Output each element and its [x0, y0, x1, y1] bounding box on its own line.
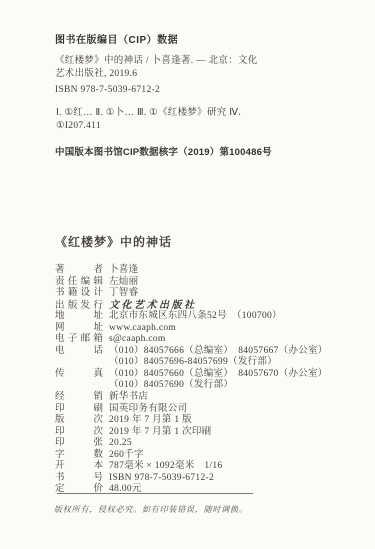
colophon-row: 字数 260千字: [55, 446, 355, 458]
cip-classification-line2: ①I207.411: [56, 120, 241, 133]
colophon-row: 书籍设计 丁智睿: [55, 284, 355, 296]
cip-isbn-line: ISBN 978-7-5039-6712-2: [55, 85, 160, 95]
cip-registry-line: 中国版本图书馆CIP数据核字（2019）第100486号: [55, 144, 272, 158]
divider-rule: [57, 493, 253, 494]
cip-record-line1: 《红楼梦》中的神话 / 卜喜逢著. — 北京：文化: [55, 55, 258, 68]
colophon-row: 印次 2019 年 7 月第 1 次印刷: [55, 423, 355, 435]
colophon-row: 版次 2019 年 7 月第 1 版: [55, 411, 355, 423]
colophon-label: 传真: [55, 365, 103, 379]
colophon-label: 电话: [55, 342, 103, 356]
cip-classification-line1: Ⅰ. ①红… Ⅱ. ①卜… Ⅲ. ①《红楼梦》研究 Ⅳ.: [56, 107, 241, 120]
colophon-value: www.caaph.com: [109, 323, 355, 333]
colophon-value: 787毫米 × 1092毫米 1/16: [109, 457, 355, 471]
colophon-row: 出版发行 文化艺术出版社: [55, 296, 355, 308]
cip-record-line2: 艺术出版社, 2019.6: [55, 68, 258, 81]
colophon-row: 著者 卜喜逢: [55, 261, 355, 273]
colophon-row: 印刷 国英印务有限公司: [55, 400, 355, 412]
colophon-row: 开本 787毫米 × 1092毫米 1/16: [55, 457, 355, 469]
cip-header: 图书在版编目（CIP）数据: [55, 31, 178, 46]
cip-record: 《红楼梦》中的神话 / 卜喜逢著. — 北京：文化 艺术出版社, 2019.6: [55, 55, 258, 81]
colophon-list: 著者 卜喜逢 责任编辑 左灿丽 书籍设计 丁智睿 出版发行 文化艺术出版社 地址…: [55, 261, 355, 492]
copyright-notice: 版权所有，侵权必究。如有印装错误，随时调换。: [54, 504, 248, 515]
colophon-value: 2019 年 7 月第 1 次印刷: [109, 423, 355, 437]
colophon-value: 北京市东城区东四八条52号 （100700）: [109, 307, 355, 321]
colophon-row: 地址 北京市东城区东四八条52号 （100700）: [55, 307, 355, 319]
colophon-row: 定价 48.00元: [55, 480, 355, 492]
book-title: 《红楼梦》中的神话: [55, 233, 172, 250]
colophon-row: 经销 新华书店: [55, 388, 355, 400]
copyright-page: 图书在版编目（CIP）数据 《红楼梦》中的神话 / 卜喜逢著. — 北京：文化 …: [0, 0, 375, 549]
colophon-row: 电话 （010）84057666（总编室） 84057667（办公室）: [55, 342, 355, 354]
colophon-row: 责任编辑 左灿丽: [55, 273, 355, 285]
colophon-row: 传真 （010）84057660（总编室） 84057670（办公室）: [55, 365, 355, 377]
cip-classification: Ⅰ. ①红… Ⅱ. ①卜… Ⅲ. ①《红楼梦》研究 Ⅳ. ①I207.411: [56, 107, 241, 133]
